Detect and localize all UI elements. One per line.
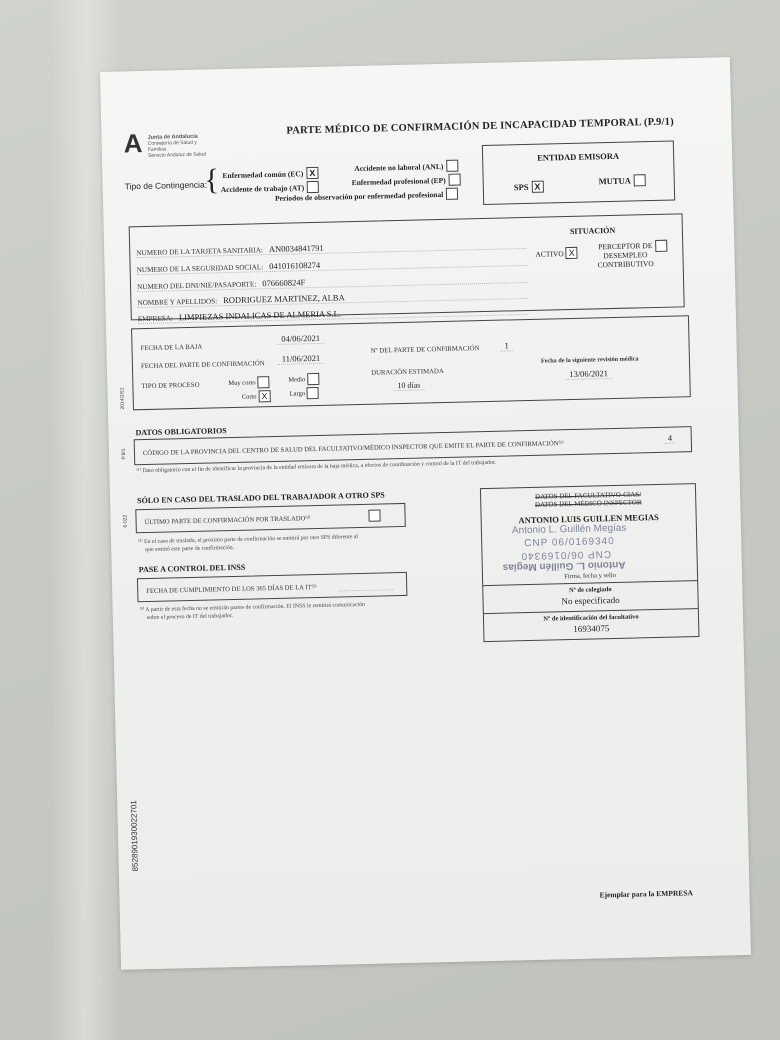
option-enfermedad-comun: Enfermedad común (EC) X xyxy=(222,167,318,181)
brace-symbol: { xyxy=(204,165,219,195)
revision-value: 13/06/2021 xyxy=(565,368,612,380)
checkbox-accidente-no-laboral[interactable] xyxy=(446,160,458,172)
footnote-2: ⁽²⁾ En el caso de traslado, el próximo p… xyxy=(138,534,358,554)
checkbox-enfermedad-comun[interactable]: X xyxy=(306,167,318,179)
checkbox-periodos-observacion[interactable] xyxy=(446,188,458,200)
stamp-name-inverted: Antonio L. Guillén Megías xyxy=(503,559,626,573)
entidad-emisora-title: ENTIDAD EMISORA xyxy=(483,150,673,164)
medical-form-sheet: A Junta de Andalucía Consejería de Salud… xyxy=(100,57,751,970)
facultativo-box: DATOS DEL FACULTATIVO-CIAS/ DATOS DEL MÉ… xyxy=(480,483,700,642)
sps-option: SPS X xyxy=(514,181,544,194)
side-code-2: P.9/1 xyxy=(121,448,127,459)
seguridad-social-value: 041016108274 xyxy=(269,260,320,271)
activo-option: ACTIVO X xyxy=(535,247,578,260)
option-accidente-no-laboral: Accidente no laboral (ANL) xyxy=(354,160,458,174)
row-seguridad-social: NUMERO DE LA SEGURIDAD SOCIAL: 041016108… xyxy=(137,255,527,275)
datos-obligatorios-title: DATOS OBLIGATORIOS xyxy=(135,426,226,437)
perceptor-desempleo-label: PERCEPTOR DE DESEMPLEO CONTRIBUTIVO xyxy=(590,241,661,270)
entidad-emisora-box: ENTIDAD EMISORA SPS X MUTUA xyxy=(482,141,675,206)
option-largo: Largo xyxy=(289,387,319,400)
traslado-title: SÓLO EN CASO DEL TRASLADO DEL TRABAJADOR… xyxy=(137,490,385,505)
checkbox-corto[interactable]: X xyxy=(258,390,270,402)
num-parte-label: Nº DEL PARTE DE CONFIRMACIÓN xyxy=(371,345,480,355)
nombre-value: RODRIGUEZ MARTINEZ, ALBA xyxy=(223,292,345,305)
fecha-baja-value: 04/06/2021 xyxy=(277,333,324,345)
fecha-baja-label: FECHA DE LA BAJA xyxy=(140,344,202,352)
row-tarjeta-sanitaria: NUMERO DE LA TARJETA SANITARIA: AN003484… xyxy=(136,238,526,258)
option-corto: Corto X xyxy=(242,390,271,403)
contingencia-label: Tipo de Contingencia: xyxy=(125,180,208,192)
option-enfermedad-profesional: Enfermedad profesional (EP) xyxy=(352,174,461,189)
duracion-label: DURACIÓN ESTIMADA xyxy=(371,368,444,377)
inss-box: FECHA DE CUMPLIMIENTO DE LOS 365 DÍAS DE… xyxy=(137,572,407,602)
duracion-value: 10 días xyxy=(393,380,424,391)
inss-label: FECHA DE CUMPLIMIENTO DE LOS 365 DÍAS DE… xyxy=(146,583,317,595)
footnote-3: ⁽³⁾ A partir de esta fecha no se emitirá… xyxy=(140,602,366,622)
checkbox-muy-corto[interactable] xyxy=(257,376,269,388)
option-medio: Medio xyxy=(288,373,319,386)
mutua-option: MUTUA xyxy=(599,174,646,187)
situacion-title: SITUACIÓN xyxy=(570,226,616,236)
facultativo-signature-section: DATOS DEL FACULTATIVO-CIAS/ DATOS DEL MÉ… xyxy=(481,484,697,586)
stamp-name: Antonio L. Guillén Megías xyxy=(512,523,627,537)
checkbox-sps[interactable]: X xyxy=(531,181,543,193)
fecha-parte-value: 11/06/2021 xyxy=(278,353,325,365)
num-parte-value: 1 xyxy=(500,340,513,351)
traslado-label: ÚLTIMO PARTE DE CONFIRMACIÓN POR TRASLAD… xyxy=(145,514,311,526)
junta-andalucia-a-logo-icon: A xyxy=(123,129,142,157)
option-muy-corto: Muy corto xyxy=(228,376,270,389)
inss-date-field xyxy=(338,589,393,591)
inss-title: PASE A CONTROL DEL INSS xyxy=(139,563,246,575)
logo-line-3: Servicio Andaluz de Salud xyxy=(148,151,214,159)
form-title: PARTE MÉDICO DE CONFIRMACIÓN DE INCAPACI… xyxy=(286,116,674,136)
checkbox-enfermedad-profesional[interactable] xyxy=(449,174,461,186)
checkbox-perceptor-desempleo[interactable] xyxy=(655,240,667,252)
fechas-box: FECHA DE LA BAJA 04/06/2021 FECHA DEL PA… xyxy=(131,315,691,410)
copy-label: Ejemplar para la EMPRESA xyxy=(599,888,693,899)
stamp-cnp: CNP 06/0169340 xyxy=(524,536,615,549)
side-code-3: 6-022 xyxy=(122,515,128,528)
checkbox-activo[interactable]: X xyxy=(566,247,578,259)
checkbox-medio[interactable] xyxy=(307,373,319,385)
codigo-provincia-label: CÓDIGO DE LA PROVINCIA DEL CENTRO DE SAL… xyxy=(143,439,564,457)
fecha-parte-label: FECHA DEL PARTE DE CONFIRMACIÓN xyxy=(141,360,265,370)
checkbox-traslado[interactable] xyxy=(368,510,380,522)
id-facultativo-section: Nº de identificación del facultativo 169… xyxy=(484,608,699,641)
revision-label: Fecha de la siguiente revisión médica xyxy=(541,355,639,364)
barcode-number: 8528901930022701 xyxy=(129,800,140,871)
empresa-value: LIMPIEZAS INDALICAS DE ALMERIA S.L. xyxy=(179,308,341,322)
tipo-proceso-label: TIPO DE PROCESO xyxy=(141,382,199,390)
side-code-1: 2014/2/51 xyxy=(119,387,126,409)
codigo-provincia-value: 4 xyxy=(665,433,676,444)
dni-value: 076660824F xyxy=(262,277,305,288)
junta-logo: A Junta de Andalucía Consejería de Salud… xyxy=(123,127,214,161)
traslado-box: ÚLTIMO PARTE DE CONFIRMACIÓN POR TRASLAD… xyxy=(135,503,405,533)
tarjeta-sanitaria-value: AN0034841791 xyxy=(269,243,324,254)
identificacion-box: NUMERO DE LA TARJETA SANITARIA: AN003484… xyxy=(129,213,685,320)
checkbox-mutua[interactable] xyxy=(634,174,646,186)
checkbox-largo[interactable] xyxy=(307,387,319,399)
